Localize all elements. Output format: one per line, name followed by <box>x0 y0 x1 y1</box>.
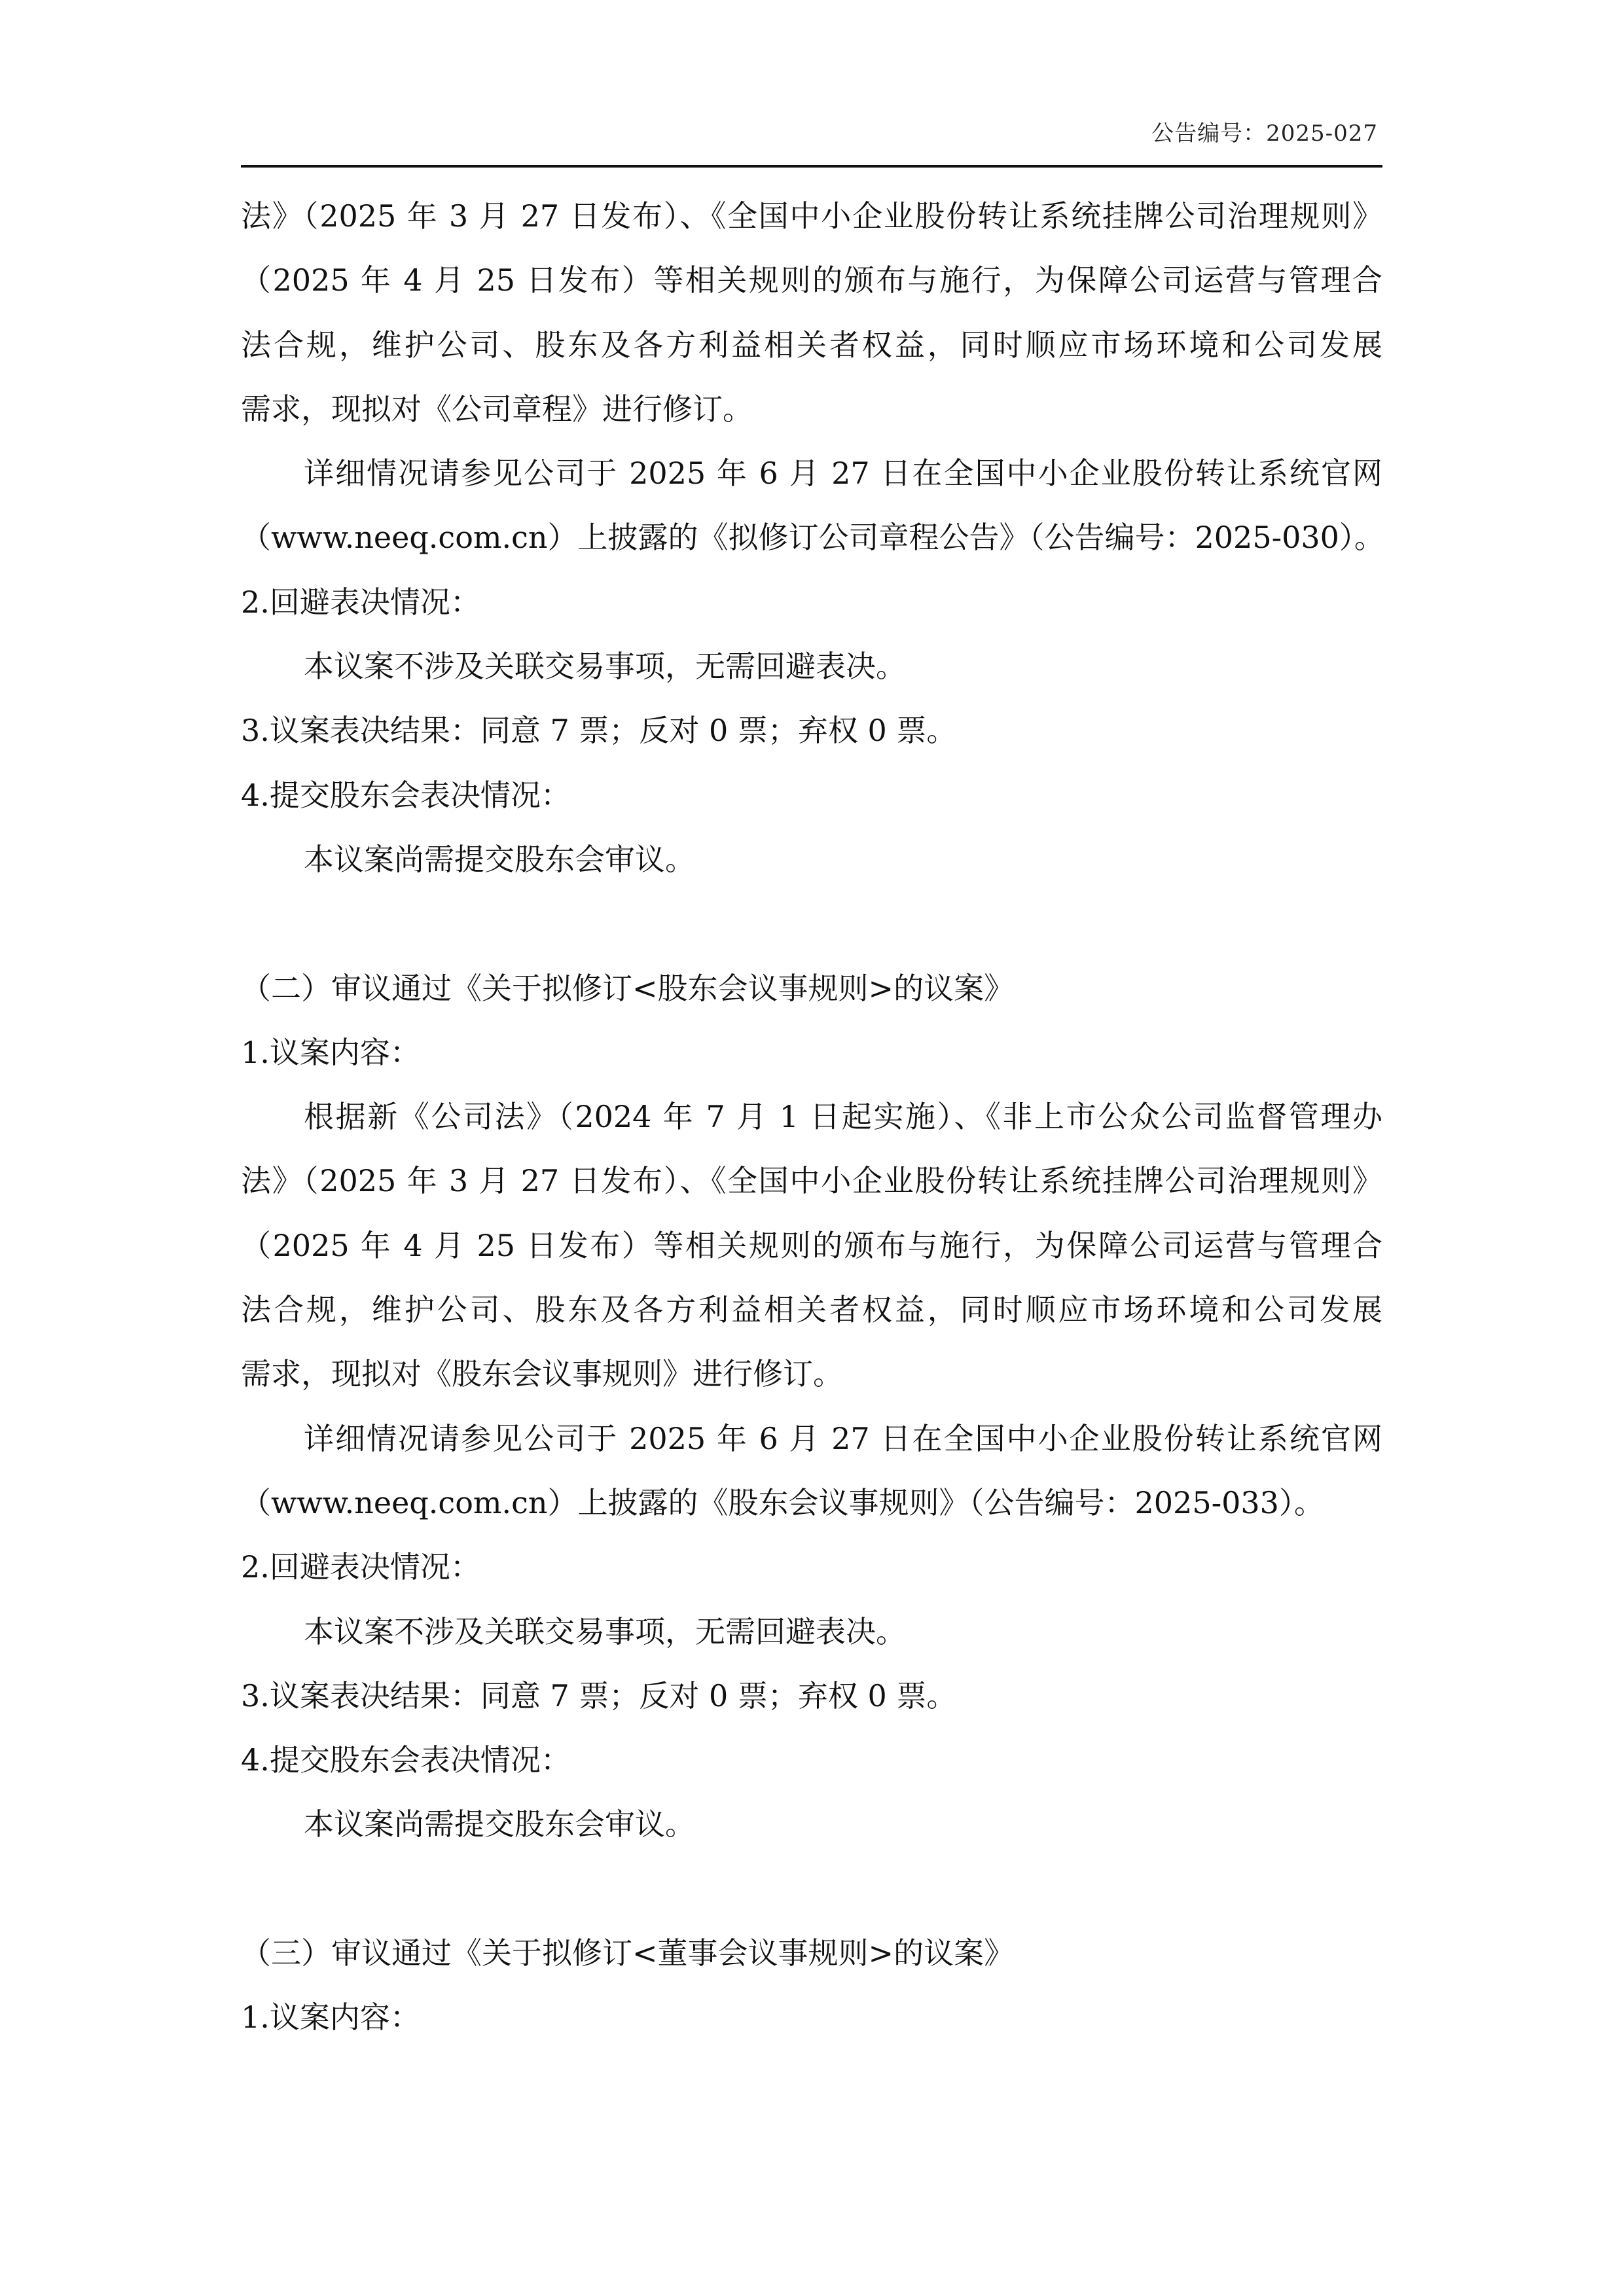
details-line: 详细情况请参见公司于 2025 年 6 月 27 日在全国中小企业股份转让系统官… <box>241 1415 1382 1479</box>
section-3: （三）审议通过《关于拟修订<董事会议事规则>的议案》 1.议案内容： <box>241 1929 1382 2058</box>
submit-heading: 4.提交股东会表决情况： <box>241 772 1382 836</box>
paragraph-line: 法》（2025 年 3 月 27 日发布）、《全国中小企业股份转让系统挂牌公司治… <box>241 1157 1382 1221</box>
section-title: （二）审议通过《关于拟修订<股东会议事规则>的议案》 <box>241 965 1382 1029</box>
recusal-heading: 2.回避表决情况： <box>241 1543 1382 1607</box>
details-line: （www.neeq.com.cn）上披露的《拟修订公司章程公告》（公告编号：20… <box>241 514 1382 578</box>
details-line: 详细情况请参见公司于 2025 年 6 月 27 日在全国中小企业股份转让系统官… <box>241 450 1382 514</box>
submit-text: 本议案尚需提交股东会审议。 <box>241 836 1382 900</box>
submit-heading: 4.提交股东会表决情况： <box>241 1736 1382 1801</box>
recusal-heading: 2.回避表决情况： <box>241 579 1382 643</box>
submit-text: 本议案尚需提交股东会审议。 <box>241 1801 1382 1865</box>
paragraph-line: （2025 年 4 月 25 日发布）等相关规则的颁布与施行，为保障公司运营与管… <box>241 257 1382 321</box>
section-1-continuation: 法》（2025 年 3 月 27 日发布）、《全国中小企业股份转让系统挂牌公司治… <box>241 192 1382 900</box>
header-divider <box>241 165 1382 168</box>
paragraph-line: 法》（2025 年 3 月 27 日发布）、《全国中小企业股份转让系统挂牌公司治… <box>241 192 1382 257</box>
content-heading: 1.议案内容： <box>241 1029 1382 1093</box>
paragraph-line: 法合规，维护公司、股东及各方利益相关者权益，同时顺应市场环境和公司发展 <box>241 1286 1382 1350</box>
document-body: 法》（2025 年 3 月 27 日发布）、《全国中小企业股份转让系统挂牌公司治… <box>241 192 1382 2058</box>
recusal-text: 本议案不涉及关联交易事项，无需回避表决。 <box>241 1608 1382 1672</box>
content-heading: 1.议案内容： <box>241 1994 1382 2058</box>
spacer <box>241 900 1382 964</box>
section-2: （二）审议通过《关于拟修订<股东会议事规则>的议案》 1.议案内容： 根据新《公… <box>241 965 1382 1865</box>
section-title: （三）审议通过《关于拟修订<董事会议事规则>的议案》 <box>241 1929 1382 1994</box>
paragraph-line: 法合规，维护公司、股东及各方利益相关者权益，同时顺应市场环境和公司发展 <box>241 321 1382 386</box>
details-line: （www.neeq.com.cn）上披露的《股东会议事规则》（公告编号：2025… <box>241 1479 1382 1543</box>
announcement-number: 公告编号：2025-027 <box>1151 115 1378 147</box>
paragraph-line: （2025 年 4 月 25 日发布）等相关规则的颁布与施行，为保障公司运营与管… <box>241 1222 1382 1286</box>
vote-result: 3.议案表决结果：同意 7 票；反对 0 票；弃权 0 票。 <box>241 707 1382 771</box>
recusal-text: 本议案不涉及关联交易事项，无需回避表决。 <box>241 643 1382 707</box>
paragraph-line: 根据新《公司法》（2024 年 7 月 1 日起实施）、《非上市公众公司监督管理… <box>241 1093 1382 1157</box>
paragraph-line: 需求，现拟对《公司章程》进行修订。 <box>241 386 1382 450</box>
spacer <box>241 1865 1382 1929</box>
vote-result: 3.议案表决结果：同意 7 票；反对 0 票；弃权 0 票。 <box>241 1672 1382 1736</box>
paragraph-line: 需求，现拟对《股东会议事规则》进行修订。 <box>241 1350 1382 1414</box>
